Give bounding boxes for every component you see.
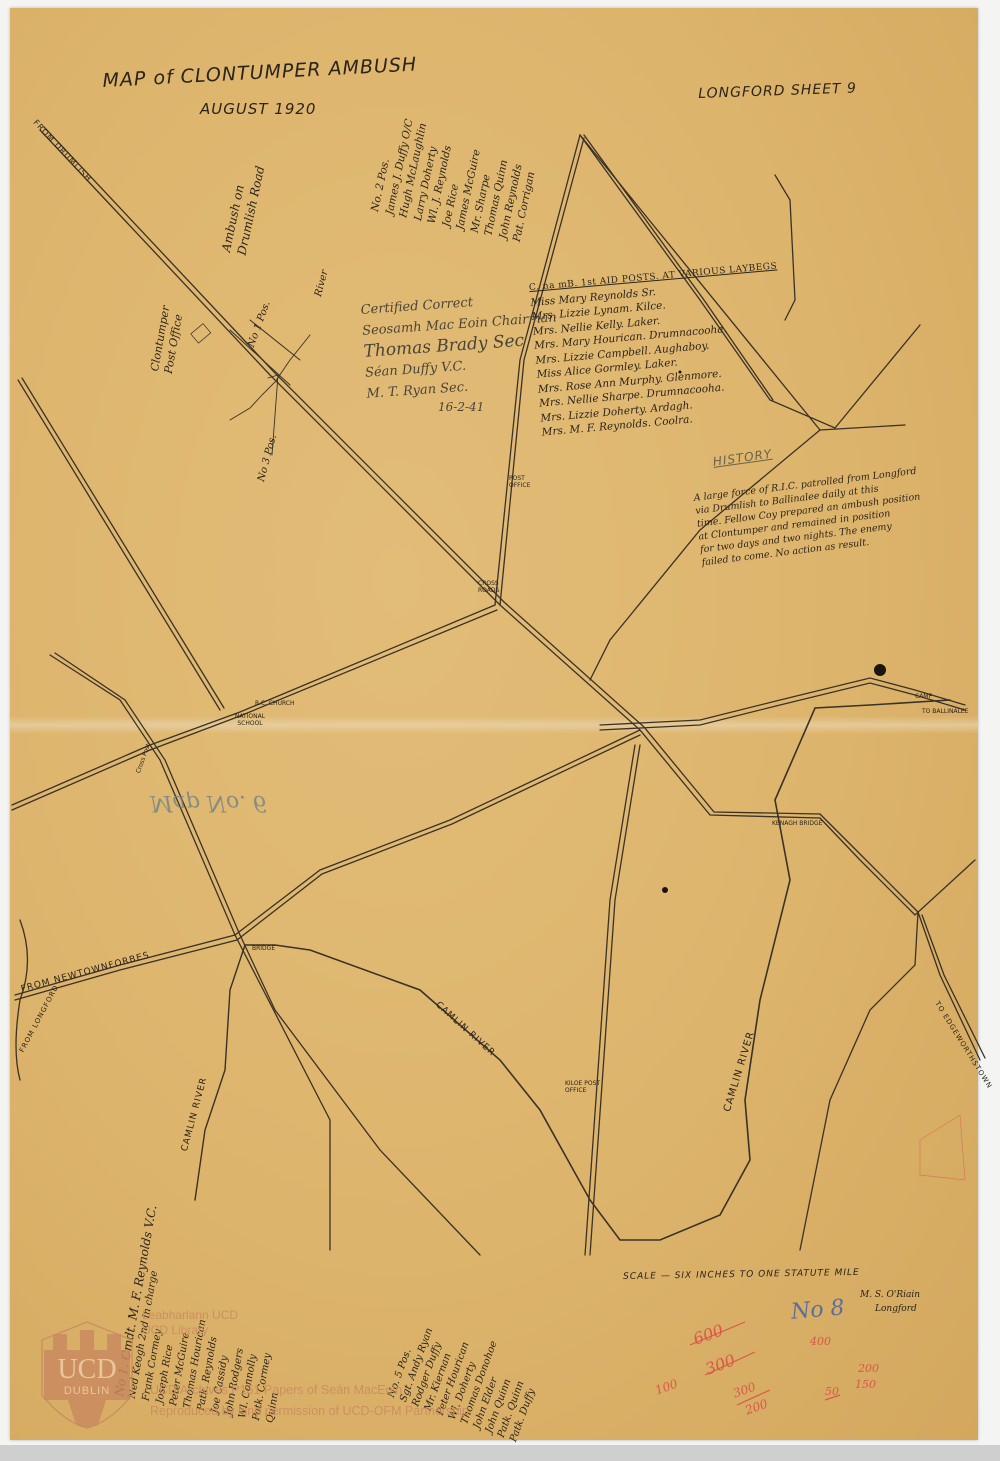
ucd-dublin-logo: UCD DUBLIN (38, 1300, 136, 1430)
first-aid-posts-list: C. na mB. 1st AID POSTS. AT VARIOUS LAYB… (529, 259, 791, 440)
logo-dublin-text: DUBLIN (64, 1385, 110, 1397)
watermark-library: Leabharlann UCD UCD Library (142, 1308, 238, 1338)
label-cross-roads: CROSS ROADS (478, 580, 508, 594)
watermark-credit: UCD Archives P151 Papers of Seán MacEoin… (150, 1380, 469, 1422)
label-camp: CAMP (915, 693, 932, 700)
label-rc-church: R.C. CHURCH (255, 700, 295, 707)
label-kiloe-post-office: KILOE POST OFFICE (565, 1080, 605, 1094)
red-pencil-150: 150 (855, 1378, 876, 1391)
label-to-ballinalee: TO BALLINALEE (922, 708, 969, 715)
label-bridge-west: BRIDGE (252, 945, 275, 952)
reversed-pencil-note: Map No. 6 (150, 790, 267, 815)
logo-ucd-text: UCD (57, 1354, 116, 1385)
label-post-office: POST OFFICE (509, 475, 541, 489)
red-pencil-400: 400 (810, 1335, 831, 1348)
blue-pencil-no8: No 8 (790, 1295, 845, 1325)
red-pencil-200b: 200 (858, 1362, 879, 1375)
red-pencil-50: 50 (825, 1385, 839, 1398)
label-kenagh-bridge: KENAGH BRIDGE (772, 820, 822, 827)
credit-line-1: UCD Archives P151 Papers of Seán MacEoin (150, 1380, 469, 1401)
credit-line-2: Reproduced by kind permission of UCD-OFM… (150, 1401, 469, 1422)
label-national-school: NATIONAL SCHOOL (230, 713, 270, 727)
certification-date: 16-2-41 (438, 400, 484, 414)
surveyor-signature: M. S. O'Riain Longford (860, 1288, 920, 1316)
map-date: AUGUST 1920 (200, 100, 316, 118)
